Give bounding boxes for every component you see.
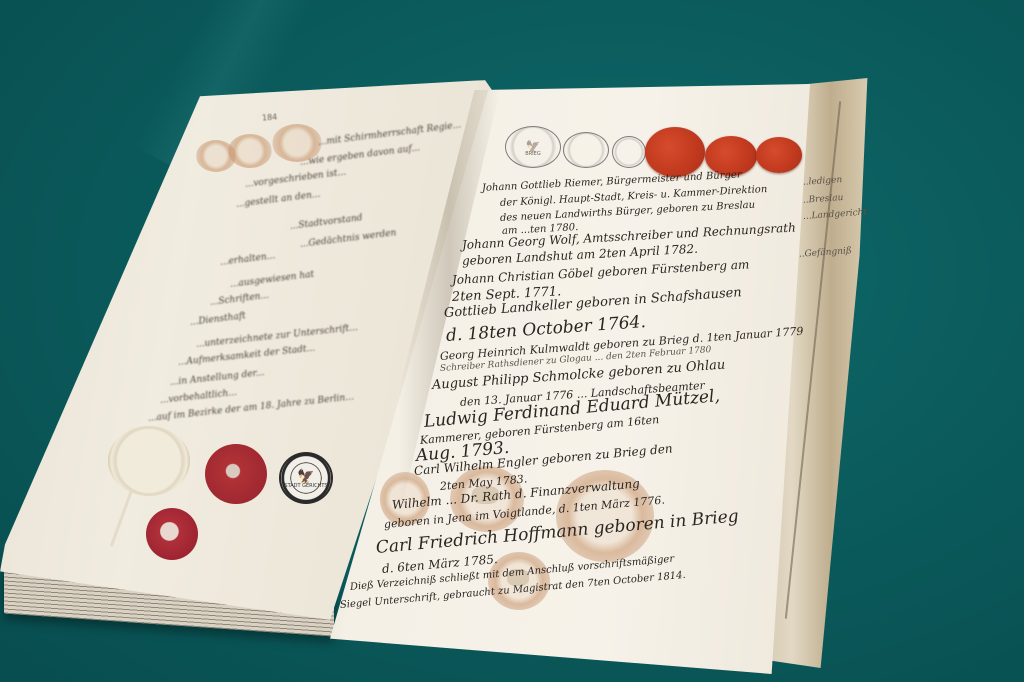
left-top-stain [228, 134, 272, 168]
red-wax-seal [205, 444, 267, 504]
red-wax-ring-seal [146, 508, 198, 560]
left-page-number: 184 [262, 112, 278, 122]
stamp-text: STADT GERICHTS [281, 483, 331, 489]
round-ink-stamp [563, 132, 609, 168]
red-wax-seal-3 [756, 137, 802, 173]
eagle-ink-stamp: 🦅 STADT GERICHTS [279, 452, 333, 504]
eagle-ink-stamp-header: 🦅 BRIEG [505, 126, 561, 168]
open-register-book: ...ledigen ...Breslau ...Landgericht ...… [0, 0, 1024, 682]
stamp-text: BRIEG [506, 151, 560, 157]
red-wax-seal-1 [645, 127, 705, 177]
small-round-ink-stamp [612, 136, 646, 168]
paper-embossed-seal [108, 426, 190, 496]
